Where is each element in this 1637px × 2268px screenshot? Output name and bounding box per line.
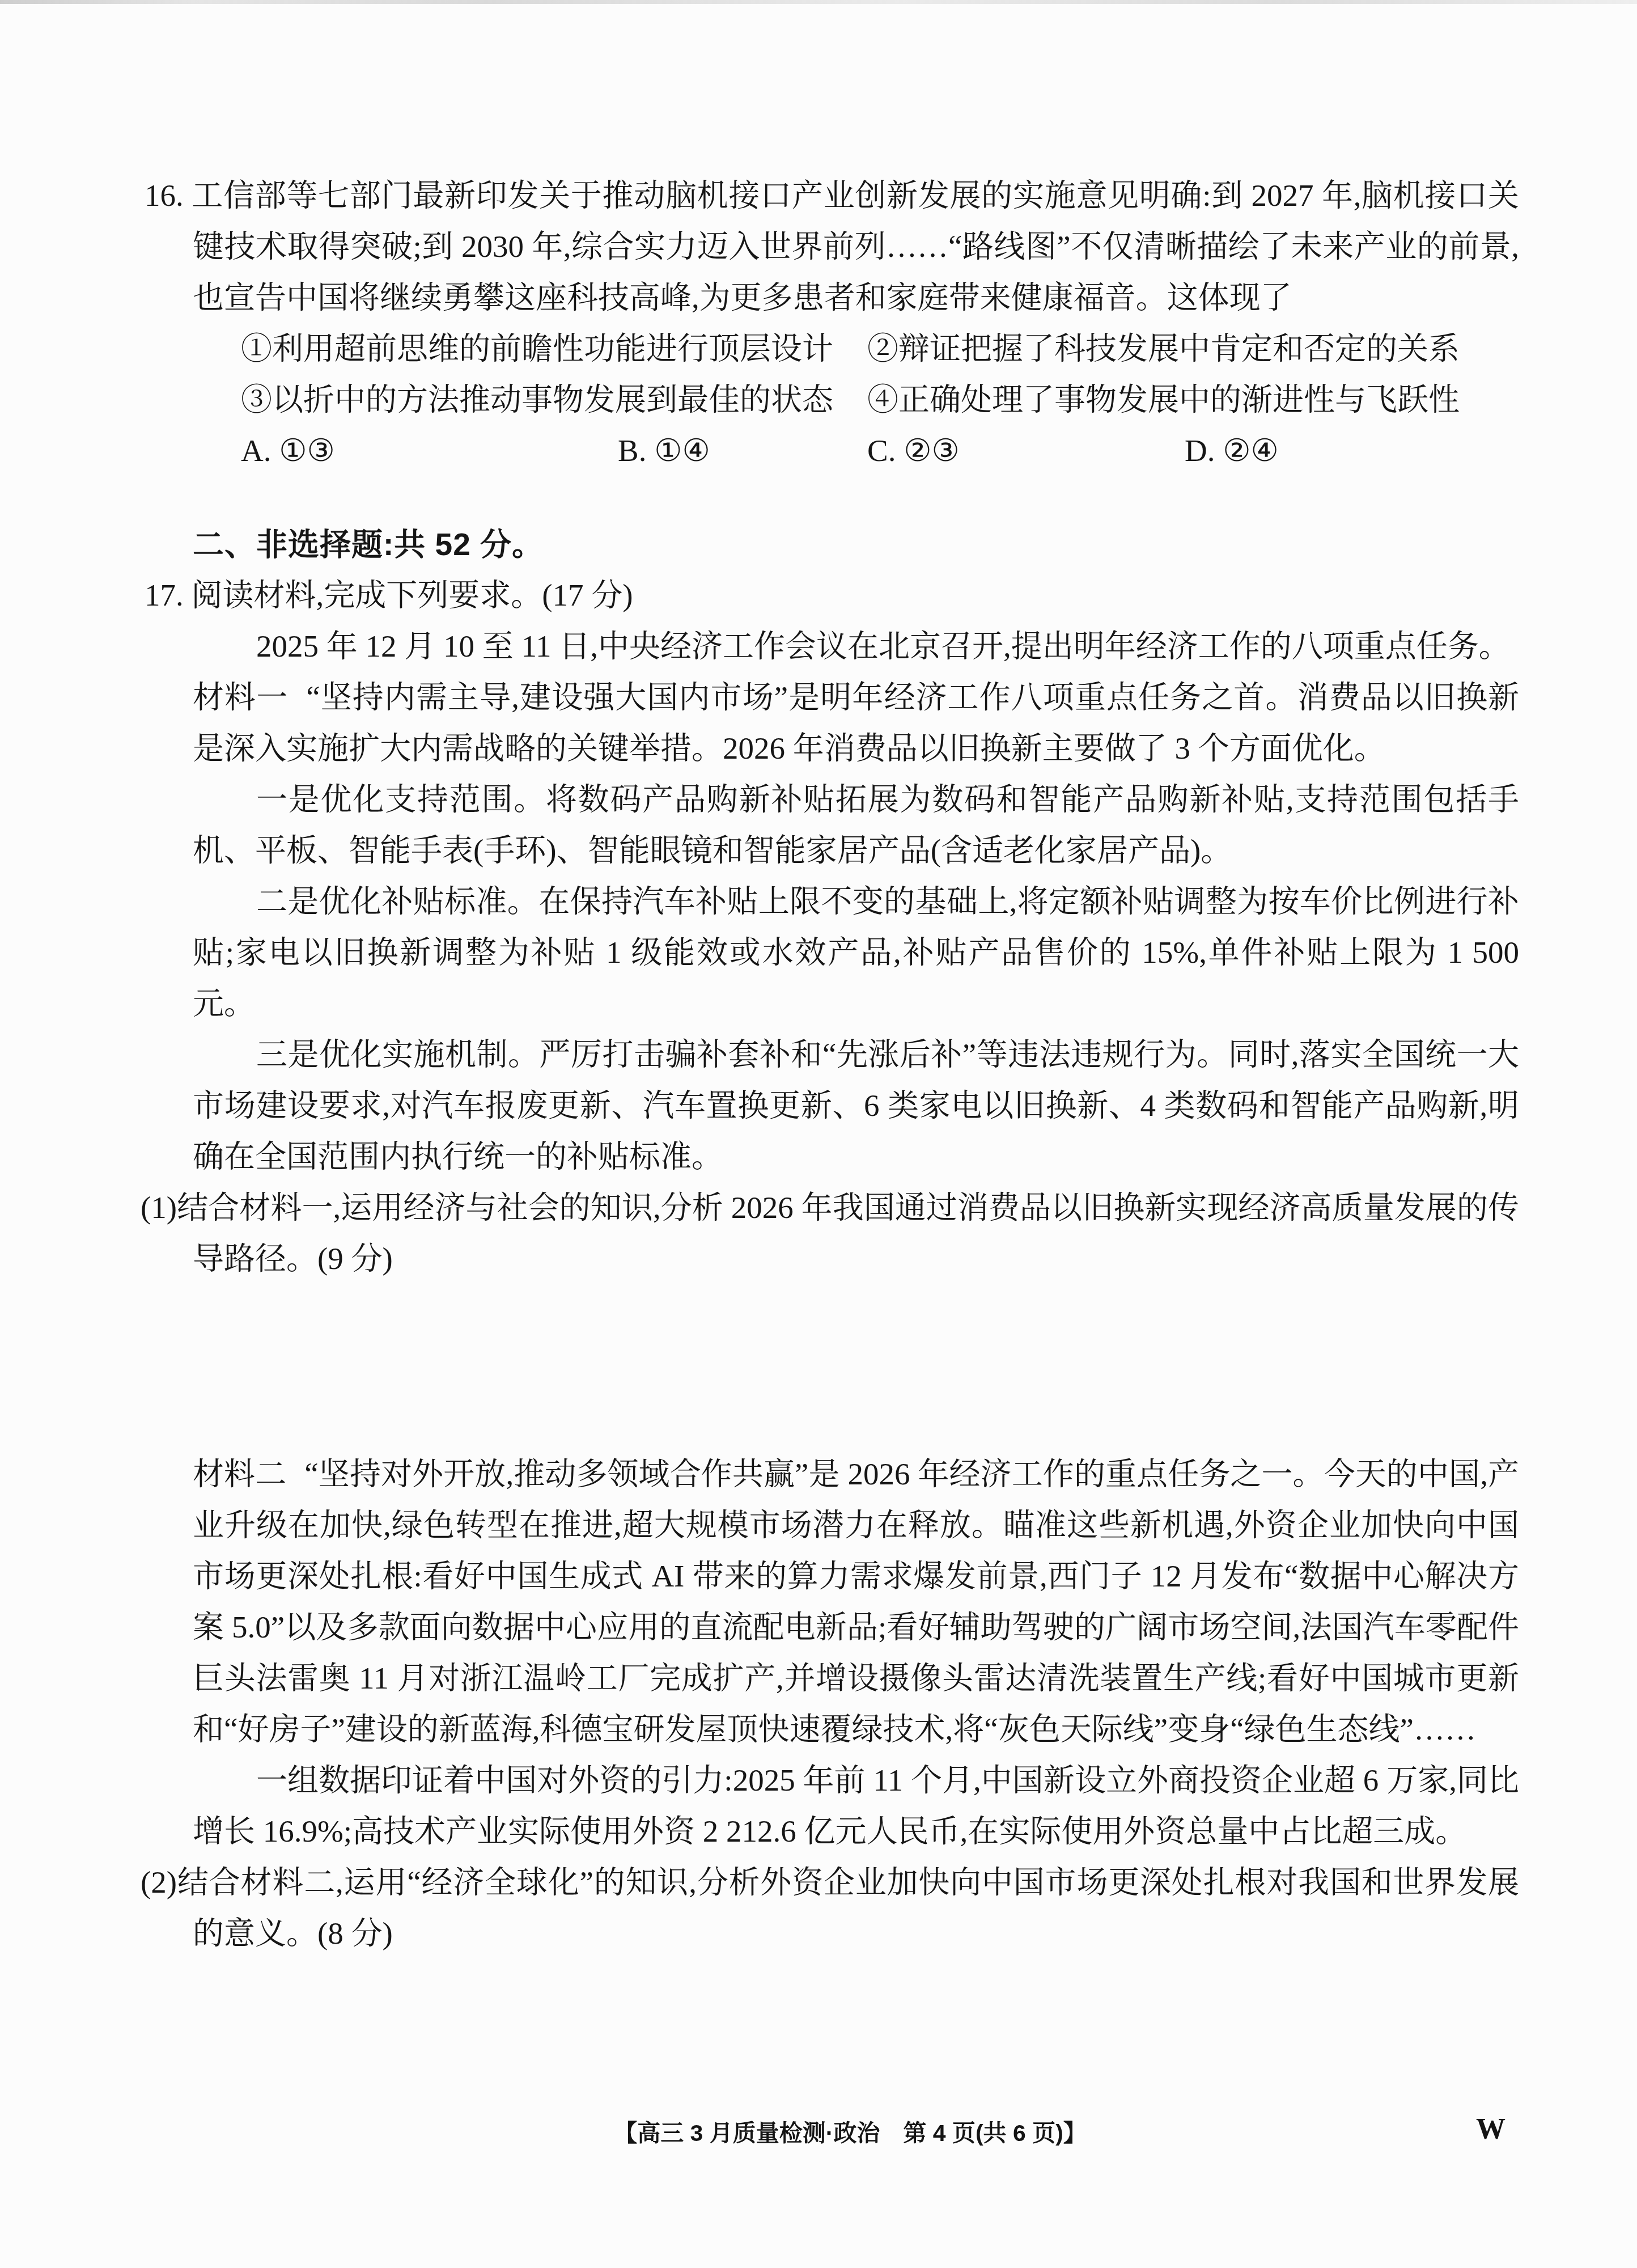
question-17-intro-paragraph: 2025 年 12 月 10 至 11 日,中央经济工作会议在北京召开,提出明年… xyxy=(193,621,1519,672)
exam-page: 16. 工信部等七部门最新印发关于推动脑机接口产业创新发展的实施意见明确:到 2… xyxy=(0,0,1637,2268)
question-16-number: 16. xyxy=(145,178,184,213)
material-1-point-3: 三是优化实施机制。严厉打击骗补套补和“先涨后补”等违法违规行为。同时,落实全国统… xyxy=(193,1029,1519,1182)
choice-c: C. ②③ xyxy=(867,425,1185,476)
material-2-label: 材料二 xyxy=(193,1457,286,1491)
question-17-lead: 阅读材料,完成下列要求。(17 分) xyxy=(192,578,633,612)
material-1-label: 材料一 xyxy=(193,680,288,714)
option-4: ④正确处理了事物发展中的渐进性与飞跃性 xyxy=(867,374,1519,425)
answer-blank-space xyxy=(193,1284,1519,1449)
option-2: ②辩证把握了科技发展中肯定和否定的关系 xyxy=(867,323,1519,374)
material-1-point-2: 二是优化补贴标准。在保持汽车补贴上限不变的基础上,将定额补贴调整为按车价比例进行… xyxy=(193,876,1519,1029)
question-16-choices: A. ①③ B. ①④ C. ②③ D. ②④ xyxy=(241,425,1519,476)
material-2-text: “坚持对外开放,推动多领域合作共赢”是 2026 年经济工作的重点任务之一。今天… xyxy=(193,1457,1519,1746)
question-17: 17. 阅读材料,完成下列要求。(17 分) xyxy=(193,570,1519,621)
material-2-data-paragraph: 一组数据印证着中国对外资的引力:2025 年前 11 个月,中国新设立外商投资企… xyxy=(193,1755,1519,1857)
choice-d: D. ②④ xyxy=(1185,425,1519,476)
question-17-number: 17. xyxy=(145,578,184,612)
question-17-sub-2: (2)结合材料二,运用“经济全球化”的知识,分析外资企业加快向中国市场更深处扎根… xyxy=(193,1857,1519,1959)
option-1: ①利用超前思维的前瞻性功能进行顶层设计 xyxy=(241,323,867,374)
section-2-heading: 二、非选择题:共 52 分。 xyxy=(193,519,1519,570)
question-16-stem: 工信部等七部门最新印发关于推动脑机接口产业创新发展的实施意见明确:到 2027 … xyxy=(192,178,1519,315)
question-17-sub-1: (1)结合材料一,运用经济与社会的知识,分析 2026 年我国通过消费品以旧换新… xyxy=(193,1182,1519,1284)
material-1-text: “坚持内需主导,建设强大国内市场”是明年经济工作八项重点任务之首。消费品以旧换新… xyxy=(193,680,1519,765)
question-16-options: ①利用超前思维的前瞻性功能进行顶层设计 ②辩证把握了科技发展中肯定和否定的关系 … xyxy=(241,323,1519,425)
choice-b: B. ①④ xyxy=(618,425,867,476)
material-2: 材料二“坚持对外开放,推动多领域合作共赢”是 2026 年经济工作的重点任务之一… xyxy=(193,1449,1519,1755)
option-3: ③以折中的方法推动事物发展到最佳的状态 xyxy=(241,374,867,425)
page-footer: 【高三 3 月质量检测·政治 第 4 页(共 6 页)】 xyxy=(614,2116,1087,2150)
material-1: 材料一“坚持内需主导,建设强大国内市场”是明年经济工作八项重点任务之首。消费品以… xyxy=(193,672,1519,774)
choice-a: A. ①③ xyxy=(241,425,618,476)
scan-artifact-top-edge xyxy=(0,0,1637,4)
question-16: 16. 工信部等七部门最新印发关于推动脑机接口产业创新发展的实施意见明确:到 2… xyxy=(193,170,1519,323)
page-content: 16. 工信部等七部门最新印发关于推动脑机接口产业创新发展的实施意见明确:到 2… xyxy=(193,170,1519,1959)
version-letter-w: W xyxy=(1476,2113,1505,2147)
material-1-point-1: 一是优化支持范围。将数码产品购新补贴拓展为数码和智能产品购新补贴,支持范围包括手… xyxy=(193,774,1519,876)
